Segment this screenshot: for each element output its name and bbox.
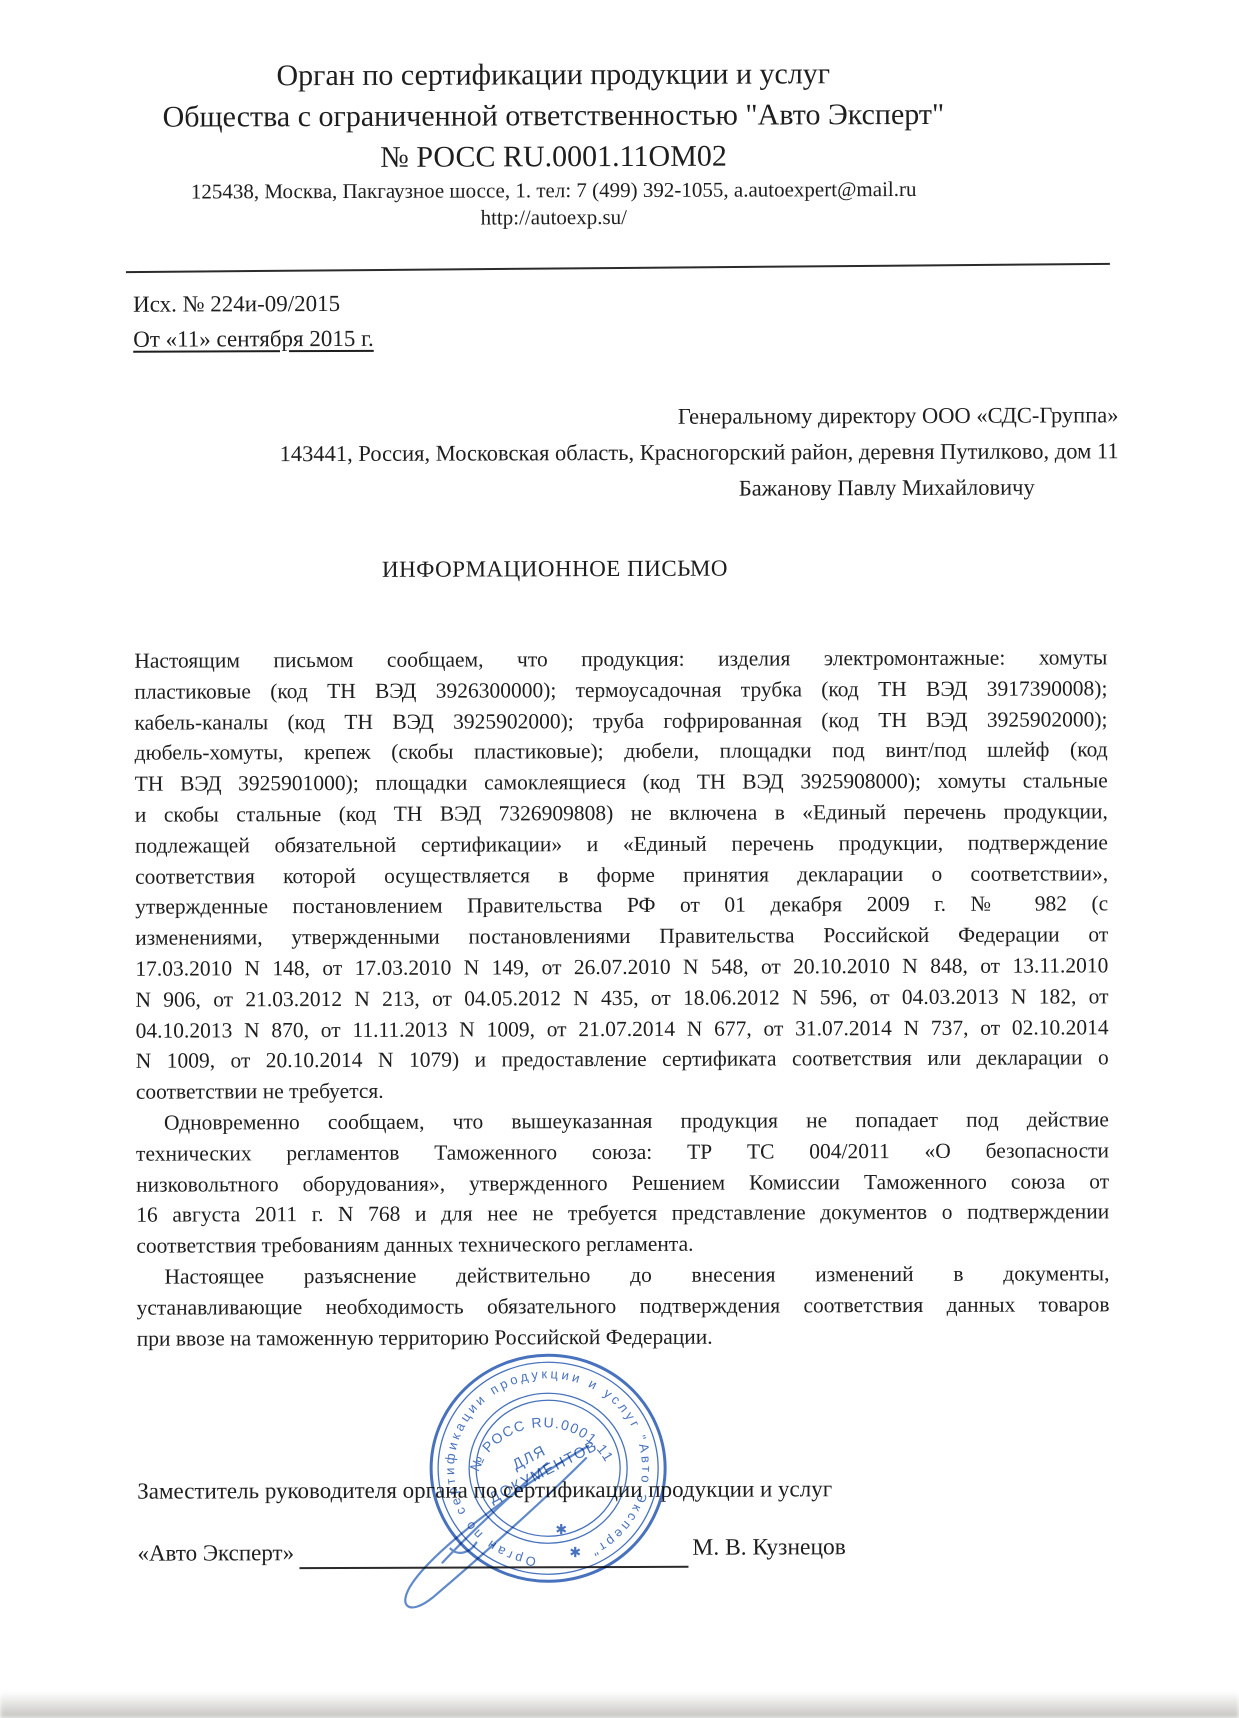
body-line: технических регламентов Таможенного союз… (136, 1135, 1109, 1169)
scan-artifact (0, 1692, 1239, 1718)
page-content: Орган по сертификации продукции и услуг … (0, 0, 1239, 1718)
recipient-position: Генеральному директору ООО «СДС-Группа» (118, 397, 1118, 436)
body-line: утвержденные постановлением Правительств… (135, 889, 1108, 923)
recipient-address: 143441, Россия, Московская область, Крас… (119, 433, 1119, 472)
letterhead: Орган по сертификации продукции и услуг … (0, 52, 1110, 233)
recipient-block: Генеральному директору ООО «СДС-Группа» … (118, 397, 1118, 508)
body-line: ТН ВЭД 3925901000); площадки самоклеящие… (135, 765, 1108, 799)
body-line: кабель-каналы (код ТН ВЭД 3925902000); т… (134, 704, 1107, 738)
body-line: пластиковые (код ТН ВЭД 3926300000); тер… (134, 673, 1107, 707)
body-line: и скобы стальные (код ТН ВЭД 7326909808)… (135, 796, 1108, 830)
body-line: соответствия требованиям данных техничес… (136, 1227, 1109, 1261)
letter-body: Настоящим письмом сообщаем, что продукци… (134, 642, 1109, 1354)
body-line: 04.10.2013 N 870, от 11.11.2013 N 1009, … (136, 1012, 1109, 1046)
scanned-letter-page: Орган по сертификации продукции и услуг … (0, 0, 1239, 1718)
org-website: http://autoexp.su/ (0, 202, 1110, 233)
reference-block: Исх. № 224и-09/2015 От «11» сентября 201… (133, 286, 374, 357)
body-line: соответствии не требуется. (136, 1073, 1109, 1107)
signatory-company: «Авто Эксперт» (137, 1540, 294, 1567)
body-line: Одновременно сообщаем, что вышеуказанная… (136, 1104, 1109, 1138)
signatory-name: М. В. Кузнецов (692, 1534, 846, 1562)
letter-date: От «11» сентября 2015 г. (133, 321, 374, 357)
body-line: N 1009, от 20.10.2014 N 1079) и предоста… (136, 1043, 1109, 1077)
body-line: 16 августа 2011 г. N 768 и для нее не тр… (136, 1197, 1109, 1231)
body-line: 17.03.2010 N 148, от 17.03.2010 N 149, о… (135, 950, 1108, 984)
body-line: Настоящее разъяснение действительно до в… (136, 1258, 1109, 1292)
org-name-line1: Орган по сертификации продукции и услуг (0, 52, 1109, 97)
body-line: N 906, от 21.03.2012 N 213, от 04.05.201… (135, 981, 1108, 1015)
body-line: изменениями, утвержденными постановления… (135, 919, 1108, 953)
recipient-name: Бажанову Павлу Михайловичу (119, 469, 1119, 508)
letterhead-divider (126, 263, 1110, 273)
body-line: соответствия которой осуществляется в фо… (135, 858, 1108, 892)
body-line: Настоящим письмом сообщаем, что продукци… (134, 642, 1107, 676)
body-line: устанавливающие необходимость обязательн… (137, 1289, 1110, 1323)
org-name-line2: Общества с ограниченной ответственностью… (0, 93, 1109, 138)
org-address-phone-email: 125438, Москва, Пакгаузное шоссе, 1. тел… (0, 175, 1110, 206)
body-line: дюбель-хомуты, крепеж (скобы пластиковые… (135, 735, 1108, 769)
org-registration-number: № РОСС RU.0001.11ОМ02 (0, 134, 1110, 179)
letter-title: ИНФОРМАЦИОННОЕ ПИСЬМО (0, 554, 1111, 584)
outgoing-number: Исх. № 224и-09/2015 (133, 286, 374, 322)
body-line: низковольтного оборудования», утвержденн… (136, 1166, 1109, 1200)
pen-signature (382, 1400, 703, 1631)
body-line: при ввозе на таможенную территорию Росси… (137, 1320, 1110, 1354)
body-line: подлежащей обязательной сертификации» и … (135, 827, 1108, 861)
